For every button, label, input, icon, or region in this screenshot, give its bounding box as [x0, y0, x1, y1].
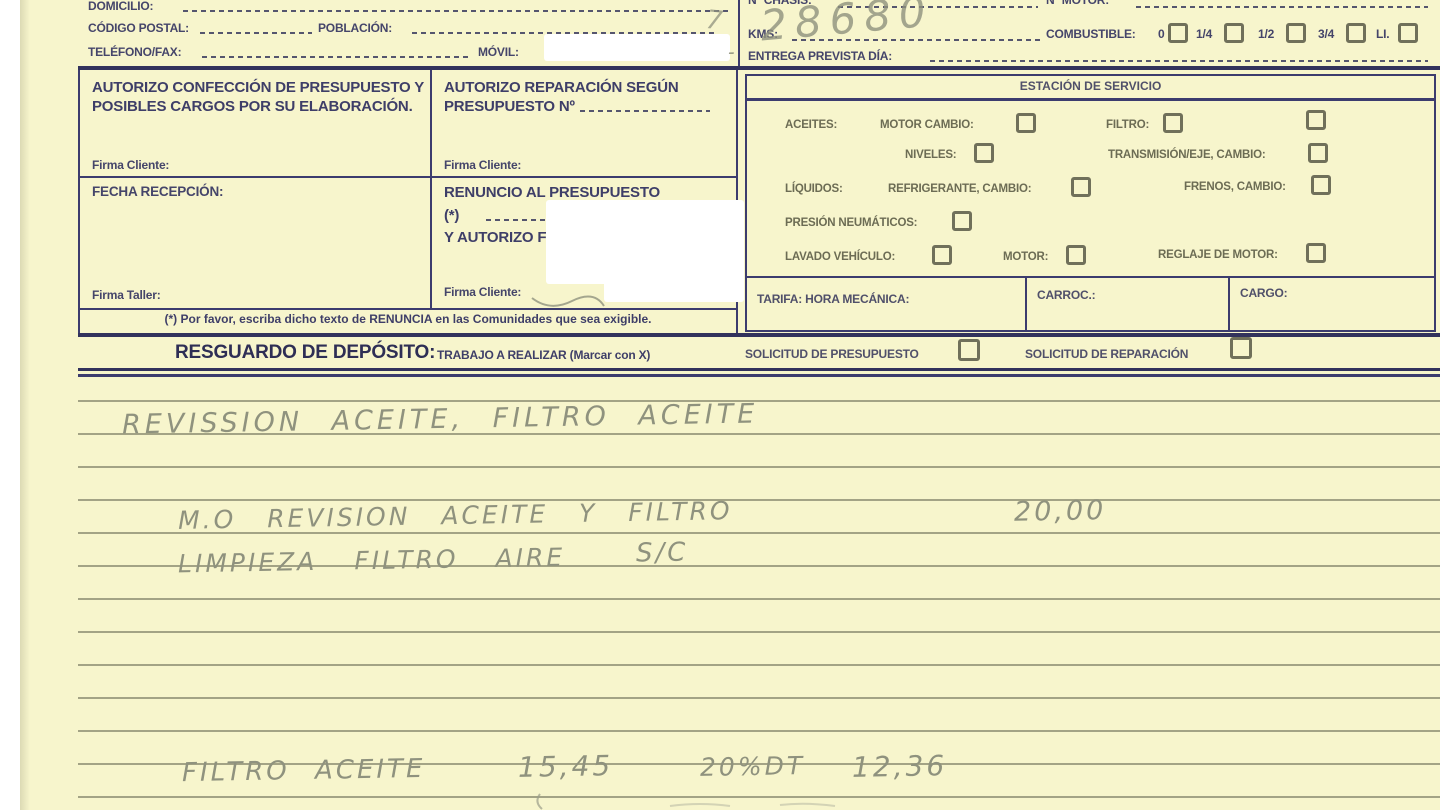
autorizo-reparacion-line1: AUTORIZO REPARACIÓN SEGÚN — [444, 78, 678, 97]
combustible-label: COMBUSTIBLE: — [1046, 27, 1136, 41]
resguardo-bottom-border-2 — [78, 374, 1440, 377]
handwritten-item1-amount: 20,00 — [1014, 495, 1107, 528]
aceites-label: ACEITES: — [785, 119, 837, 131]
firma-taller-label: Firma Taller: — [92, 288, 161, 302]
service-block-top-border — [745, 74, 1436, 76]
solicitud-reparacion-checkbox[interactable] — [1230, 337, 1252, 359]
entrega-label: ENTREGA PREVISTA DÍA: — [748, 49, 892, 63]
tarifa-label: TARIFA: HORA MECÁNICA: — [757, 292, 909, 306]
service-title-underline — [745, 98, 1436, 101]
resguardo-bottom-border-1 — [78, 368, 1440, 371]
ruled-line — [78, 697, 1440, 699]
niveles-checkbox[interactable] — [974, 143, 994, 163]
transmision-checkbox[interactable] — [1308, 143, 1328, 163]
carroc-label: CARROC.: — [1037, 288, 1095, 302]
transmision-label: TRANSMISIÓN/EJE, CAMBIO: — [1108, 149, 1266, 161]
fuel-level-0-label: 0 — [1158, 27, 1164, 41]
codigo-postal-field — [200, 32, 312, 34]
paper-edge-shadow — [20, 0, 30, 810]
ruled-line — [78, 400, 1440, 402]
ruled-line — [78, 631, 1440, 633]
telefono-label: TELÉFONO/FAX: — [88, 45, 181, 59]
presion-checkbox[interactable] — [952, 211, 972, 231]
fuel-level-full-label: LI. — [1376, 27, 1389, 41]
ruled-line — [78, 664, 1440, 666]
header-divider — [738, 0, 740, 66]
fuel-level-14-checkbox[interactable] — [1224, 23, 1244, 43]
extra-top-checkbox[interactable] — [1306, 110, 1326, 130]
renuncia-redaction-2 — [604, 276, 744, 302]
firma-cliente-confeccion-label: Firma Cliente: — [92, 158, 169, 172]
poblacion-label: POBLACIÓN: — [318, 21, 392, 35]
liquidos-label: LÍQUIDOS: — [785, 183, 843, 195]
service-block-left-border — [745, 74, 747, 330]
firma-cliente-renuncia-label: Firma Cliente: — [444, 285, 521, 299]
handwritten-item3-price: 15,45 — [518, 749, 614, 784]
ruled-line — [78, 466, 1440, 468]
fuel-level-14-label: 1/4 — [1196, 27, 1212, 41]
motor-field — [1136, 6, 1428, 8]
lavado-label: LAVADO VEHÍCULO: — [785, 251, 895, 263]
ruled-line — [78, 499, 1440, 501]
reglaje-checkbox[interactable] — [1306, 243, 1326, 263]
firma-cliente-reparacion-label: Firma Cliente: — [444, 158, 521, 172]
entrega-field — [930, 60, 1428, 62]
refrigerante-label: REFRIGERANTE, CAMBIO: — [888, 183, 1031, 195]
poblacion-pencil-mark: 7 — [704, 5, 727, 37]
reglaje-label: REGLAJE DE MOTOR: — [1158, 249, 1278, 261]
solicitud-presupuesto-label: SOLICITUD DE PRESUPUESTO — [745, 347, 919, 361]
niveles-label: NIVELES: — [905, 149, 956, 161]
movil-pencil-dash: - — [728, 42, 738, 63]
filtro-checkbox[interactable] — [1163, 113, 1183, 133]
motor-cambio-checkbox[interactable] — [1016, 113, 1036, 133]
telefono-field — [202, 56, 470, 58]
client-signature-stroke — [528, 292, 608, 312]
renuncio-line3: Y AUTORIZO F — [444, 228, 546, 247]
authorization-row-divider — [78, 176, 738, 178]
renuncia-redaction — [546, 200, 744, 284]
renuncia-footnote: (*) Por favor, escriba dicho texto de RE… — [78, 312, 738, 326]
motor-servicio-label: MOTOR: — [1003, 251, 1048, 263]
frenos-checkbox[interactable] — [1311, 175, 1331, 195]
cutoff-pencil-strokes — [520, 792, 940, 810]
tarifa-row-bottom-border — [745, 330, 1436, 332]
lavado-checkbox[interactable] — [932, 245, 952, 265]
codigo-postal-label: CÓDIGO POSTAL: — [88, 21, 189, 35]
cargo-label: CARGO: — [1240, 286, 1287, 300]
motor-cambio-label: MOTOR CAMBIO: — [880, 119, 974, 131]
handwritten-item3-desc: FILTRO ACEITE — [182, 754, 426, 788]
fuel-level-12-checkbox[interactable] — [1286, 23, 1306, 43]
movil-label: MÓVIL: — [478, 45, 519, 59]
refrigerante-checkbox[interactable] — [1071, 177, 1091, 197]
presion-label: PRESIÓN NEUMÁTICOS: — [785, 217, 917, 229]
footnote-top-border — [78, 308, 738, 310]
domicilio-label: DOMICILIO: — [88, 0, 153, 13]
domicilio-field — [183, 10, 731, 12]
resguardo-subtitle: TRABAJO A REALIZAR (Marcar con X) — [437, 348, 650, 362]
autorizo-confeccion-text: AUTORIZO CONFECCIÓN DE PRESUPUESTO Y POS… — [92, 78, 428, 116]
filtro-label: FILTRO: — [1106, 119, 1149, 131]
presupuesto-numero-field — [580, 110, 710, 112]
fuel-level-12-label: 1/2 — [1258, 27, 1274, 41]
solicitud-presupuesto-checkbox[interactable] — [958, 339, 980, 361]
service-station-title: ESTACIÓN DE SERVICIO — [745, 79, 1436, 93]
authorization-column-divider — [430, 70, 432, 308]
movil-redaction — [544, 34, 730, 61]
carroc-cargo-divider — [1228, 276, 1230, 330]
handwritten-item3-net: 12,36 — [852, 749, 948, 784]
ruled-line — [78, 598, 1440, 600]
frenos-label: FRENOS, CAMBIO: — [1184, 181, 1286, 193]
resguardo-title: RESGUARDO DE DEPÓSITO: — [175, 342, 435, 364]
header-separator — [78, 66, 1440, 70]
ruled-line — [78, 730, 1440, 732]
motor-servicio-checkbox[interactable] — [1066, 245, 1086, 265]
solicitud-reparacion-label: SOLICITUD DE REPARACIÓN — [1025, 347, 1188, 361]
tarifa-carroc-divider — [1025, 276, 1027, 330]
renuncio-line2: (*) — [444, 206, 459, 225]
service-block-right-border — [1434, 74, 1436, 330]
fuel-level-34-checkbox[interactable] — [1346, 23, 1366, 43]
left-block-left-border — [78, 70, 80, 334]
handwritten-item2-amount: S/C — [636, 538, 689, 569]
motor-label: Nº MOTOR: — [1046, 0, 1109, 7]
fecha-recepcion-label: FECHA RECEPCIÓN: — [92, 184, 223, 199]
autorizo-reparacion-line2: PRESUPUESTO Nº — [444, 97, 575, 116]
fuel-level-full-checkbox[interactable] — [1398, 23, 1418, 43]
scanned-repair-order: DOMICILIO: CÓDIGO POSTAL: POBLACIÓN: 7 T… — [0, 0, 1440, 810]
handwritten-item3-discount: 20%DT — [700, 751, 806, 782]
tarifa-row-top-border — [745, 276, 1436, 278]
fuel-level-34-label: 3/4 — [1318, 27, 1334, 41]
fuel-level-0-checkbox[interactable] — [1168, 23, 1188, 43]
